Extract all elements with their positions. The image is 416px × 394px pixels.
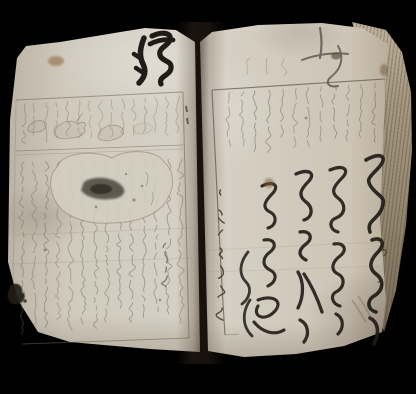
calligraphy-block (241, 156, 386, 344)
page-creases (12, 228, 382, 272)
right-header-mark (302, 28, 348, 86)
calligraphy-column-2 (330, 168, 346, 334)
right-margin-scribbles (246, 58, 287, 76)
top-stain (331, 53, 341, 60)
calligraphy-column-4 (254, 184, 284, 333)
brown-spot (264, 178, 274, 188)
right-printed-columns (226, 83, 376, 153)
foxing-stain (48, 56, 64, 66)
page-artwork (0, 0, 416, 394)
edge-stain (380, 64, 388, 76)
book-photo (0, 0, 416, 394)
left-header-kanji (134, 33, 173, 84)
pond-sketch (51, 152, 173, 224)
calligraphy-column-5 (241, 252, 252, 336)
calligraphy-column-3 (296, 172, 322, 342)
calligraphy-column-1 (366, 156, 383, 344)
kana-annotations (378, 249, 386, 288)
